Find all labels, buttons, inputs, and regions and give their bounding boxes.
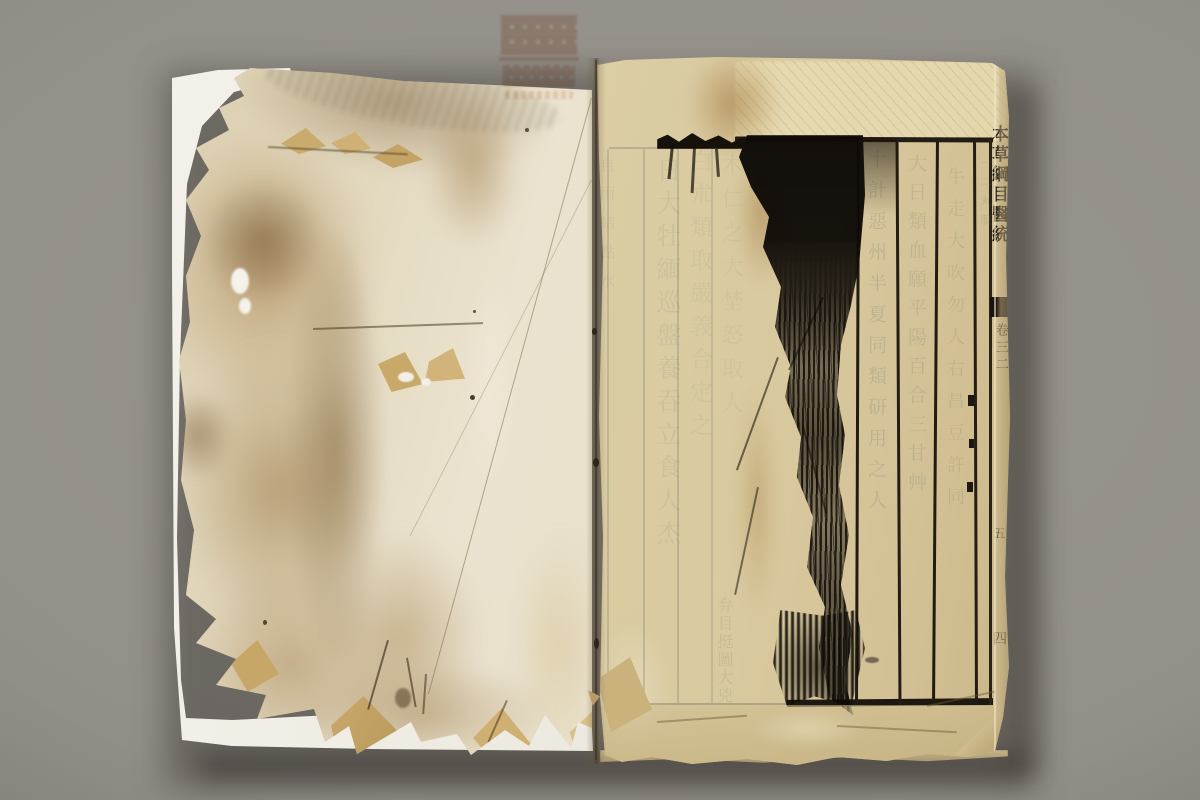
bleedthrough-column: 大日類血願平陽百合三甘艸 [903, 153, 930, 698]
stain-gutter-top [425, 88, 520, 248]
speck [470, 395, 475, 400]
tear-hole-white [421, 378, 431, 386]
tear-hole-white [239, 298, 251, 314]
photo-backdrop: 自雨結點水 日大牡緬巡盤養吞立食人杰 白朮類取嚴義合定之 木仁之大埜怒取人 弁目… [0, 0, 1200, 800]
left-page-damaged-endpaper [173, 60, 597, 762]
tear-dark-blob [395, 688, 411, 708]
watermark-block-row [501, 15, 577, 55]
stain-dark-topleft [198, 175, 328, 305]
rule-tick [967, 482, 973, 492]
right-page-printed-leaf: 自雨結點水 日大牡緬巡盤養吞立食人杰 白朮類取嚴義合定之 木仁之大埜怒取人 弁目… [597, 57, 1012, 769]
watermark-block-row [503, 65, 575, 87]
ink-dash [865, 657, 879, 663]
column-rule-faint [643, 149, 645, 703]
right-page-paper: 自雨結點水 日大牡緬巡盤養吞立食人杰 白朮類取嚴義合定之 木仁之大埜怒取人 弁目… [597, 57, 1012, 769]
column-rule [896, 139, 902, 705]
speck [263, 620, 267, 625]
speck [525, 128, 529, 132]
tear-hole-white [398, 372, 414, 382]
page-edge-highlight [994, 61, 996, 761]
bleedthrough-column: 十計惡州半夏同類研用之人 [863, 149, 890, 699]
bleedthrough-column: 日大牡緬巡盤養吞立食人杰 [649, 157, 685, 697]
gutter-crack-line [595, 60, 597, 760]
gutter-speck [594, 638, 599, 649]
rule-tick [968, 395, 974, 406]
frame-left-faint [607, 149, 609, 705]
bleedthrough-column: 牛走大吹勿人右昌豆許同 [941, 167, 967, 697]
tear-highlight [747, 709, 867, 749]
bleedthrough-column: 弁目挺圖大兇 [713, 597, 736, 707]
gutter-speck [593, 458, 599, 467]
watermark-stamp [497, 13, 582, 101]
ink-wash-column [859, 139, 897, 214]
torn-flap [425, 348, 465, 382]
left-page-paper [173, 60, 597, 762]
stain-dark-left [163, 390, 233, 480]
column-rule [932, 139, 939, 705]
ink-bottom-blob [773, 610, 865, 706]
column-rule-faint [677, 149, 679, 703]
speck [473, 310, 476, 313]
gutter-speck [592, 328, 597, 335]
page-edge-shade [996, 57, 1012, 769]
column-rule-faint [711, 149, 713, 703]
rule-tick [969, 439, 974, 448]
tear-hole-white [231, 268, 249, 294]
watermark-band [499, 57, 579, 61]
watermark-url-row [505, 91, 573, 99]
